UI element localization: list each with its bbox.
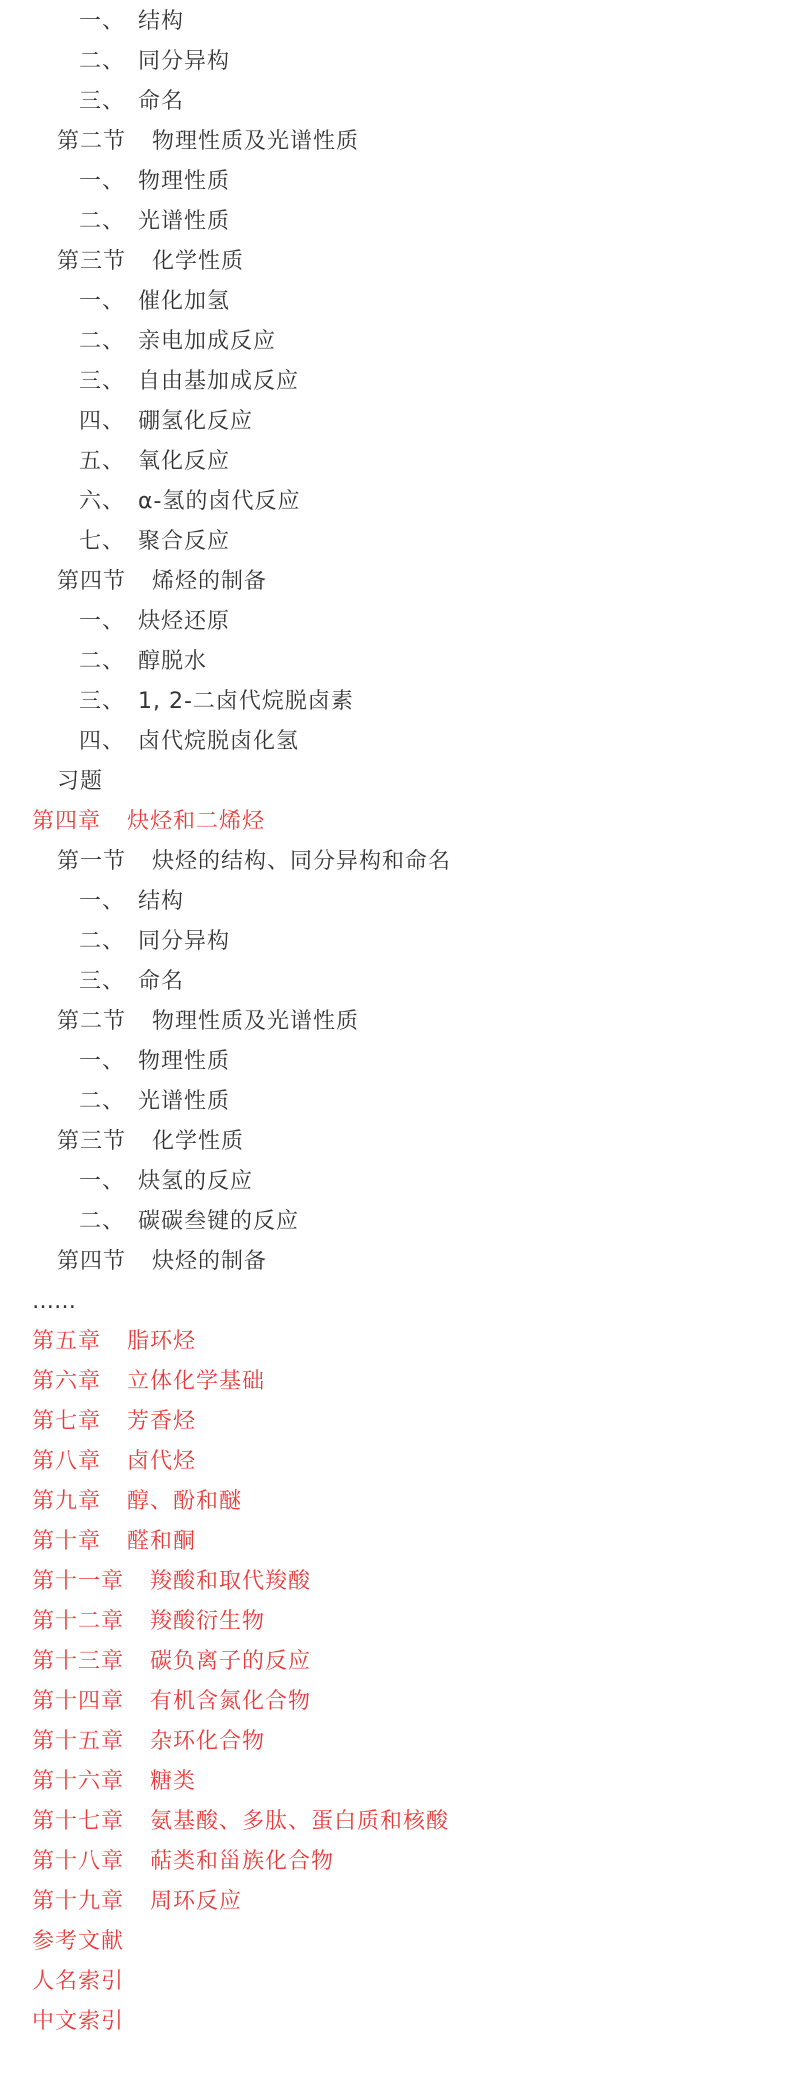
toc-chapter-label: 第十二章 (32, 1602, 124, 1642)
toc-item[interactable]: 三、命名 (0, 82, 790, 122)
toc-item-label: 五、 (79, 442, 138, 482)
toc-item-title: 结构 (138, 2, 184, 42)
toc-item[interactable]: 七、聚合反应 (0, 522, 790, 562)
toc-chapter[interactable]: 第十三章碳负离子的反应 (0, 1642, 790, 1682)
toc-chapter[interactable]: 第十八章萜类和甾族化合物 (0, 1842, 790, 1882)
toc-chapter-label: 第十七章 (32, 1802, 124, 1842)
toc-chapter-label: 第十四章 (32, 1682, 124, 1722)
toc-chapter-title: 醇、酚和醚 (127, 1482, 242, 1522)
toc-chapter-label: 第九章 (32, 1482, 101, 1522)
toc-section-label: 第三节 (57, 242, 126, 282)
toc-chapter-label: 第十九章 (32, 1882, 124, 1922)
toc-ellipsis: …… (0, 1282, 790, 1322)
toc-chapter-label: 第八章 (32, 1442, 101, 1482)
toc-section-label: 第一节 (57, 842, 126, 882)
toc-item[interactable]: 二、同分异构 (0, 922, 790, 962)
toc-item-label: 三、 (79, 82, 138, 122)
toc-section-label: 第三节 (57, 1122, 126, 1162)
toc-item[interactable]: 一、炔烃还原 (0, 602, 790, 642)
toc-section-title: 化学性质 (152, 1122, 244, 1162)
toc-item-label: 一、 (79, 1042, 138, 1082)
toc-item-title: 自由基加成反应 (138, 362, 299, 402)
toc-item-title: 光谱性质 (138, 202, 230, 242)
toc-item-label: 四、 (79, 722, 138, 762)
toc-item-label: 一、 (79, 1162, 138, 1202)
toc-item-title: 碳碳叁键的反应 (138, 1202, 299, 1242)
toc-item-title: 硼氢化反应 (138, 402, 253, 442)
toc-chapter-title: 杂环化合物 (150, 1722, 265, 1762)
toc-chapter[interactable]: 第十四章有机含氮化合物 (0, 1682, 790, 1722)
toc-item-label: 二、 (79, 42, 138, 82)
toc-item[interactable]: 一、物理性质 (0, 162, 790, 202)
toc-item[interactable]: 二、光谱性质 (0, 202, 790, 242)
toc-item[interactable]: 四、卤代烷脱卤化氢 (0, 722, 790, 762)
toc-item-label: 六、 (79, 482, 138, 522)
toc-section-title: 炔烃的制备 (152, 1242, 267, 1282)
table-of-contents: 一、结构二、同分异构三、命名第二节物理性质及光谱性质一、物理性质二、光谱性质第三… (0, 0, 790, 2042)
toc-chapter-title: 氨基酸、多肽、蛋白质和核酸 (150, 1802, 449, 1842)
toc-appendix[interactable]: 人名索引 (0, 1962, 790, 2002)
toc-item[interactable]: 一、结构 (0, 882, 790, 922)
toc-item[interactable]: 一、催化加氢 (0, 282, 790, 322)
toc-item-label: 一、 (79, 882, 138, 922)
toc-chapter-label: 第十六章 (32, 1762, 124, 1802)
toc-item-title: 醇脱水 (138, 642, 207, 682)
toc-item-label: 二、 (79, 202, 138, 242)
toc-appendix[interactable]: 中文索引 (0, 2002, 790, 2042)
toc-chapter-title: 碳负离子的反应 (150, 1642, 311, 1682)
toc-chapter-title: 芳香烃 (127, 1402, 196, 1442)
toc-chapter-title: 立体化学基础 (127, 1362, 265, 1402)
toc-section[interactable]: 第四节烯烃的制备 (0, 562, 790, 602)
toc-chapter-label: 第十八章 (32, 1842, 124, 1882)
toc-item-title: 聚合反应 (138, 522, 230, 562)
toc-section[interactable]: 第一节炔烃的结构、同分异构和命名 (0, 842, 790, 882)
toc-item[interactable]: 一、炔氢的反应 (0, 1162, 790, 1202)
toc-item-title: 物理性质 (138, 162, 230, 202)
toc-chapter[interactable]: 第十章醛和酮 (0, 1522, 790, 1562)
toc-item[interactable]: 五、氧化反应 (0, 442, 790, 482)
toc-chapter[interactable]: 第十一章羧酸和取代羧酸 (0, 1562, 790, 1602)
toc-chapter[interactable]: 第十二章羧酸衍生物 (0, 1602, 790, 1642)
toc-chapter[interactable]: 第九章醇、酚和醚 (0, 1482, 790, 1522)
toc-chapter-title: 萜类和甾族化合物 (150, 1842, 334, 1882)
toc-item-label: 一、 (79, 602, 138, 642)
toc-chapter-title: 脂环烃 (127, 1322, 196, 1362)
toc-section-title: 烯烃的制备 (152, 562, 267, 602)
toc-item[interactable]: 三、1, 2-二卤代烷脱卤素 (0, 682, 790, 722)
toc-chapter[interactable]: 第十五章杂环化合物 (0, 1722, 790, 1762)
toc-item[interactable]: 二、同分异构 (0, 42, 790, 82)
toc-chapter-label: 第四章 (32, 802, 101, 842)
toc-item-label: 二、 (79, 922, 138, 962)
toc-item[interactable]: 一、结构 (0, 2, 790, 42)
toc-chapter-title: 有机含氮化合物 (150, 1682, 311, 1722)
toc-chapter-title: 炔烃和二烯烃 (127, 802, 265, 842)
toc-chapter[interactable]: 第五章脂环烃 (0, 1322, 790, 1362)
toc-section-label: 第二节 (57, 1002, 126, 1042)
toc-appendix[interactable]: 参考文献 (0, 1922, 790, 1962)
toc-item-label: 二、 (79, 642, 138, 682)
toc-chapter[interactable]: 第十七章氨基酸、多肽、蛋白质和核酸 (0, 1802, 790, 1842)
toc-appendix-label: 参考文献 (32, 1922, 124, 1962)
toc-chapter[interactable]: 第八章卤代烃 (0, 1442, 790, 1482)
toc-appendix-label: 中文索引 (32, 2002, 124, 2042)
toc-item[interactable]: 一、物理性质 (0, 1042, 790, 1082)
toc-item-label: 二、 (79, 1202, 138, 1242)
toc-item[interactable]: 二、碳碳叁键的反应 (0, 1202, 790, 1242)
toc-item-title: 物理性质 (138, 1042, 230, 1082)
toc-chapter-title: 糖类 (150, 1762, 196, 1802)
toc-item[interactable]: 二、光谱性质 (0, 1082, 790, 1122)
toc-item[interactable]: 二、亲电加成反应 (0, 322, 790, 362)
toc-item[interactable]: 二、醇脱水 (0, 642, 790, 682)
toc-item[interactable]: 四、硼氢化反应 (0, 402, 790, 442)
toc-chapter[interactable]: 第四章炔烃和二烯烃 (0, 802, 790, 842)
toc-chapter-title: 卤代烃 (127, 1442, 196, 1482)
toc-item-title: 命名 (138, 82, 184, 122)
toc-chapter-title: 羧酸衍生物 (150, 1602, 265, 1642)
toc-chapter-label: 第十章 (32, 1522, 101, 1562)
toc-section[interactable]: 第三节化学性质 (0, 1122, 790, 1162)
toc-section-label: 第四节 (57, 562, 126, 602)
toc-chapter-label: 第十五章 (32, 1722, 124, 1762)
toc-item-title: 同分异构 (138, 42, 230, 82)
toc-item-title: 催化加氢 (138, 282, 230, 322)
toc-chapter[interactable]: 第六章立体化学基础 (0, 1362, 790, 1402)
toc-chapter-title: 醛和酮 (127, 1522, 196, 1562)
toc-item-title: 光谱性质 (138, 1082, 230, 1122)
toc-ellipsis-label: …… (32, 1282, 76, 1322)
toc-plain-section[interactable]: 习题 (0, 762, 790, 802)
toc-item-label: 三、 (79, 682, 138, 722)
toc-section[interactable]: 第四节炔烃的制备 (0, 1242, 790, 1282)
toc-item-label: 一、 (79, 2, 138, 42)
toc-item-title: 氧化反应 (138, 442, 230, 482)
toc-item-title: 亲电加成反应 (138, 322, 276, 362)
toc-section[interactable]: 第二节物理性质及光谱性质 (0, 1002, 790, 1042)
toc-item-title: 命名 (138, 962, 184, 1002)
toc-item-title: 同分异构 (138, 922, 230, 962)
toc-section-title: 物理性质及光谱性质 (152, 122, 359, 162)
toc-chapter[interactable]: 第十六章糖类 (0, 1762, 790, 1802)
toc-chapter-label: 第十三章 (32, 1642, 124, 1682)
toc-item-label: 七、 (79, 522, 138, 562)
toc-item[interactable]: 三、自由基加成反应 (0, 362, 790, 402)
toc-chapter[interactable]: 第十九章周环反应 (0, 1882, 790, 1922)
toc-chapter[interactable]: 第七章芳香烃 (0, 1402, 790, 1442)
toc-item-label: 四、 (79, 402, 138, 442)
toc-chapter-label: 第十一章 (32, 1562, 124, 1602)
toc-item-label: 一、 (79, 162, 138, 202)
toc-section[interactable]: 第二节物理性质及光谱性质 (0, 122, 790, 162)
toc-chapter-label: 第五章 (32, 1322, 101, 1362)
toc-chapter-title: 羧酸和取代羧酸 (150, 1562, 311, 1602)
toc-item-title: 结构 (138, 882, 184, 922)
toc-item-title: 炔烃还原 (138, 602, 230, 642)
toc-chapter-label: 第六章 (32, 1362, 101, 1402)
toc-item-label: 二、 (79, 1082, 138, 1122)
toc-plain-section-label: 习题 (57, 762, 103, 802)
toc-section[interactable]: 第三节化学性质 (0, 242, 790, 282)
toc-chapter-title: 周环反应 (150, 1882, 242, 1922)
toc-chapter-label: 第七章 (32, 1402, 101, 1442)
toc-item-label: 三、 (79, 362, 138, 402)
toc-appendix-label: 人名索引 (32, 1962, 124, 2002)
toc-item-title: 炔氢的反应 (138, 1162, 253, 1202)
toc-section-title: 化学性质 (152, 242, 244, 282)
toc-item-label: 三、 (79, 962, 138, 1002)
toc-item[interactable]: 三、命名 (0, 962, 790, 1002)
toc-section-title: 炔烃的结构、同分异构和命名 (152, 842, 451, 882)
toc-item-label: 一、 (79, 282, 138, 322)
toc-section-label: 第四节 (57, 1242, 126, 1282)
toc-item-title: α-氢的卤代反应 (138, 482, 300, 522)
toc-item-title: 卤代烷脱卤化氢 (138, 722, 299, 762)
toc-section-title: 物理性质及光谱性质 (152, 1002, 359, 1042)
toc-item-title: 1, 2-二卤代烷脱卤素 (138, 682, 354, 722)
toc-item[interactable]: 六、α-氢的卤代反应 (0, 482, 790, 522)
toc-item-label: 二、 (79, 322, 138, 362)
toc-section-label: 第二节 (57, 122, 126, 162)
